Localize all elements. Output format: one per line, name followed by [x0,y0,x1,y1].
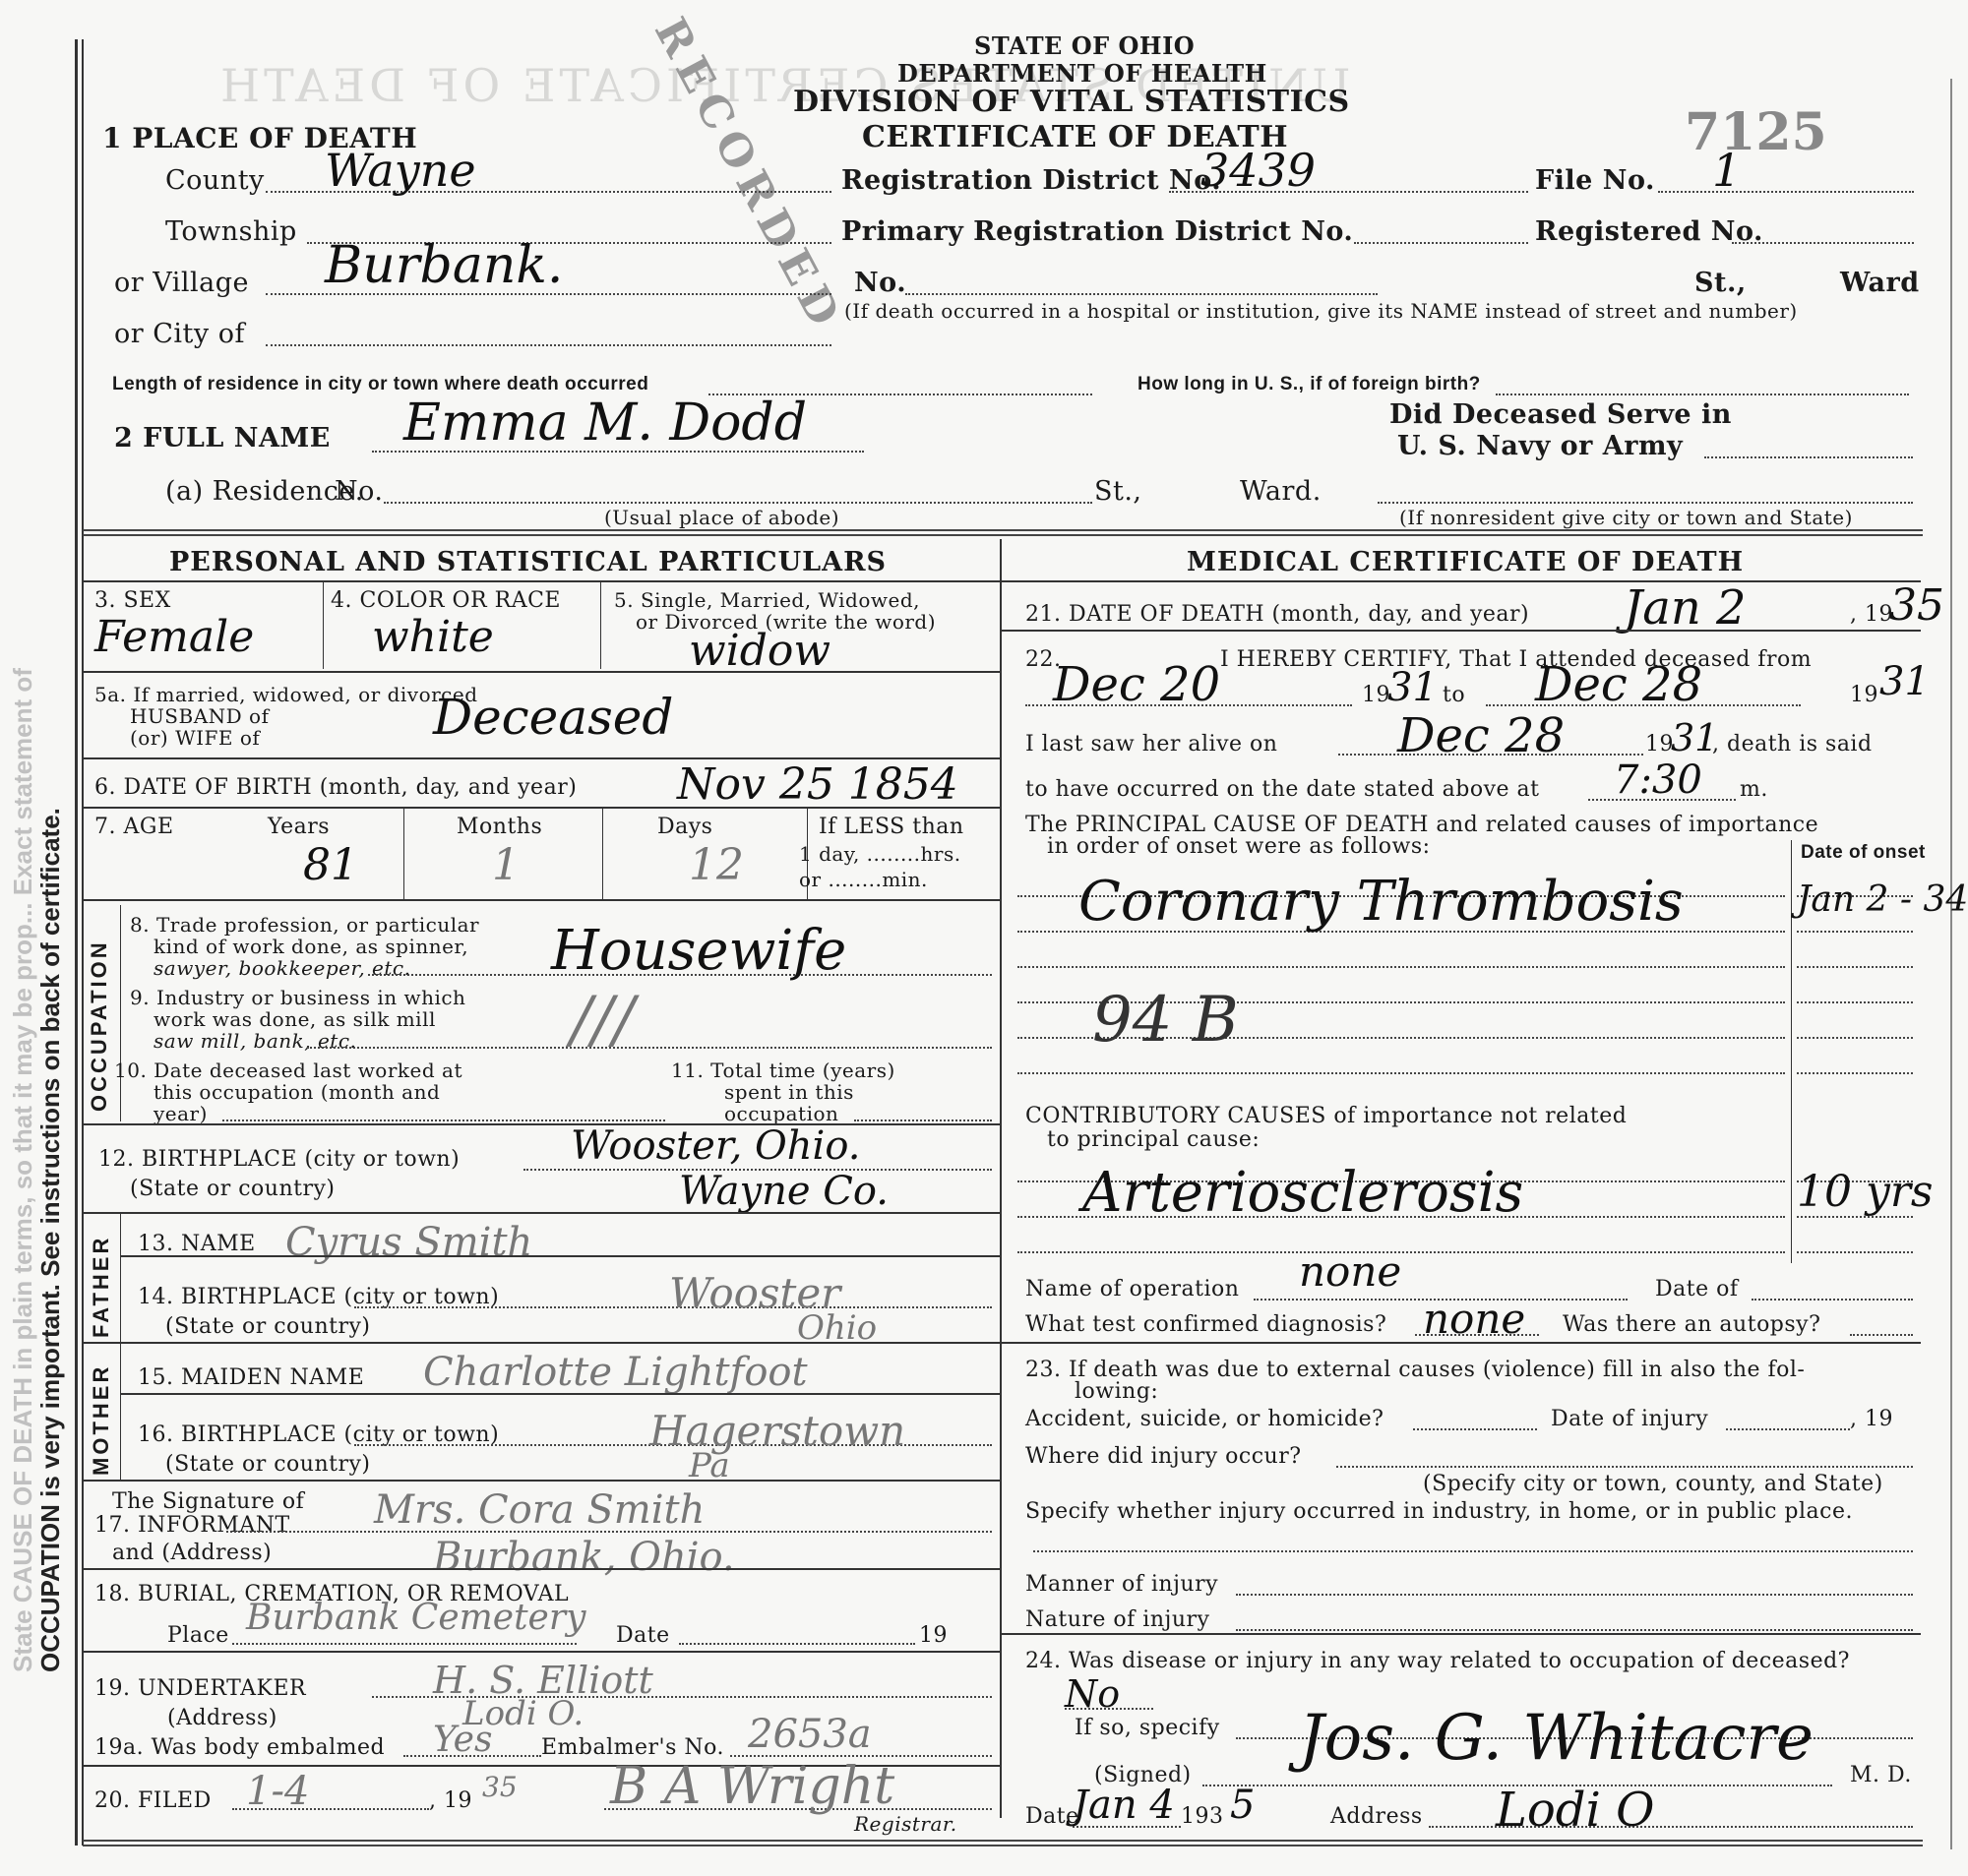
attended-to-year-prefix: 19 [1850,683,1878,707]
county-label: County [165,165,265,196]
hospital-note: (If death occurred in a hospital or inst… [844,299,1798,323]
father-name-value[interactable]: Cyrus Smith [285,1220,532,1265]
military-label-1: Did Deceased Serve in [1389,399,1732,430]
cause-line-6 [1017,1072,1785,1074]
divider [83,671,1000,673]
birthplace-label: 12. BIRTHPLACE (city or town) [98,1147,460,1172]
specify-place-line [1033,1550,1913,1552]
occurred-label: to have occurred on the date stated abov… [1025,777,1540,802]
time-value[interactable]: 7:30 [1614,757,1702,803]
informant-label-2: 17. INFORMANT [94,1513,290,1538]
full-name-label: 2 FULL NAME [114,423,331,454]
bottom-border [83,1840,1923,1846]
residence-st-label: St., [1094,476,1142,507]
header-state: STATE OF OHIO [974,31,1195,60]
mother-state-label: (State or country) [165,1452,371,1477]
sign-date-value[interactable]: Jan 4 [1073,1783,1175,1828]
address-label: Address [1330,1804,1423,1829]
months-value[interactable]: 1 [492,840,520,890]
contributory-onset-line-3 [1797,1251,1913,1253]
divider [83,1480,1000,1482]
header-department: DEPARTMENT OF HEALTH [897,59,1267,88]
external-label-2: lowing: [1075,1379,1158,1404]
county-value[interactable]: Wayne [325,144,476,197]
street-line [905,293,1378,295]
embalmed-value[interactable]: Yes [433,1720,492,1760]
primary-reg-label: Primary Registration District No. [841,216,1353,247]
dob-label: 6. DATE OF BIRTH (month, day, and year) [94,775,577,800]
registrar-signature[interactable]: B A Wright [610,1757,894,1816]
occupation-side-label: OCCUPATION [87,939,112,1112]
operation-date-label: Date of [1655,1277,1739,1301]
left-border-inner [82,39,84,1846]
last-saw-year-prefix: 19 [1645,732,1674,756]
attended-from-value[interactable]: Dec 20 [1053,657,1220,712]
operation-value[interactable]: none [1299,1247,1401,1296]
foreign-birth-line [1496,393,1909,395]
years-label: Years [268,815,330,839]
divider [83,1568,1000,1570]
divider [120,905,121,1121]
birthplace-city-value[interactable]: Wooster, Ohio. [571,1123,860,1169]
divider [1002,1342,1921,1344]
place-line [232,1643,577,1645]
less-label-1: If LESS than [819,815,964,839]
filed-value[interactable]: 1-4 [246,1769,309,1814]
less-label-3: or ........min. [799,868,928,891]
divider [120,1344,121,1480]
informant-label-3: and (Address) [112,1541,272,1565]
residence-ward-label: Ward. [1240,476,1322,507]
marital-label-1: 5. Single, Married, Widowed, [614,588,920,612]
trade-value[interactable]: Housewife [551,919,846,983]
left-border [75,39,78,1846]
divider [1002,630,1921,632]
medical-section-title: MEDICAL CERTIFICATE OF DEATH [1187,547,1744,577]
embalmed-label: 19a. Was body embalmed [94,1735,385,1760]
file-no-label: File No. [1535,165,1655,196]
file-no-value[interactable]: 1 [1712,144,1741,197]
specify-place-label: Specify whether injury occurred in indus… [1025,1499,1853,1524]
divider [1002,1633,1921,1635]
months-label: Months [457,815,542,839]
informant-address[interactable]: Burbank, Ohio. [433,1535,735,1580]
nature-label: Nature of injury [1025,1607,1209,1632]
reg-district-label: Registration District No. [841,165,1221,196]
father-state-label: (State or country) [165,1314,371,1339]
city-line [266,344,831,346]
attended-to-value[interactable]: Dec 28 [1535,657,1702,712]
death-said-label: , death is said [1712,732,1873,756]
cause-line-3 [1017,966,1785,968]
md-label: M. D. [1850,1763,1912,1787]
sign-year-prefix: 193 [1181,1804,1224,1829]
divider [600,582,601,669]
place-label: Place [167,1623,229,1648]
onset-line-3 [1797,966,1913,968]
physician-signature[interactable]: Jos. G. Whitacre [1299,1702,1814,1775]
total-time-label-3: occupation [724,1102,838,1125]
place-value[interactable]: Burbank Cemetery [246,1598,585,1638]
header-division: DIVISION OF VITAL STATISTICS [793,85,1350,119]
spouse-label-2: HUSBAND of [130,704,269,728]
address-value[interactable]: Lodi O [1496,1783,1654,1838]
ward-label: Ward [1840,268,1920,298]
principal-cause-value[interactable]: Coronary Thrombosis [1078,870,1684,934]
dod-value[interactable]: Jan 2 [1624,580,1747,635]
right-edge [1950,79,1952,1849]
injury-year-label: , 19 [1850,1407,1893,1431]
autopsy-label: Was there an autopsy? [1563,1312,1820,1337]
attended-to-year[interactable]: 31 [1879,659,1930,704]
military-label-2: U. S. Navy or Army [1397,431,1683,461]
principal-onset-value[interactable]: Jan 2 - 34 [1797,879,1968,920]
injury-date-label: Date of injury [1551,1407,1708,1431]
manner-label: Manner of injury [1025,1572,1218,1597]
divider [1002,580,1921,582]
village-label: or Village [114,268,249,298]
serial-number: 7125 [1685,102,1827,162]
industry-label-1: 9. Industry or business in which [130,986,465,1009]
operation-date-line [1752,1299,1913,1301]
marital-value[interactable]: widow [689,626,830,676]
reg-district-value[interactable]: 3439 [1200,144,1316,197]
city-label: or City of [114,319,245,349]
file-no-line [1658,191,1914,193]
last-saw-value[interactable]: Dec 28 [1397,708,1565,763]
principal-label-2: in order of onset were as follows: [1047,834,1431,859]
contributory-onset-value[interactable]: 10 yrs [1797,1167,1933,1217]
father-side-label: FATHER [89,1236,114,1338]
divider [83,580,1000,582]
margin-cause-instruction: State CAUSE OF DEATH in plain terms, so … [8,668,38,1672]
date-onset-label: Date of onset [1801,842,1926,864]
divider [602,809,603,899]
mother-name-value[interactable]: Charlotte Lightfoot [423,1350,808,1395]
total-time-label-2: spent in this [724,1080,854,1104]
divider [83,1212,1000,1214]
death-certificate: UNITED STATES CERTIFICATE OF DEATH RECOR… [0,0,1968,1876]
occupation-related-line [1065,1708,1153,1710]
margin-occupation-instruction: OCCUPATION is very important. See instru… [35,808,66,1672]
total-time-line [854,1120,992,1121]
last-worked-line [222,1120,665,1121]
sign-date-label: Date [1025,1804,1079,1829]
days-value[interactable]: 12 [689,840,744,890]
undertaker-address-label: (Address) [167,1706,277,1730]
onset-line-4 [1797,1001,1913,1003]
dod-year-value[interactable]: 35 [1889,580,1944,631]
divider [83,1123,1000,1125]
trade-label-3: sawyer, bookkeeper, etc. [154,956,410,980]
onset-line-5 [1797,1037,1913,1039]
spouse-label-3: (or) WIFE of [130,726,260,750]
total-time-label-1: 11. Total time (years) [671,1059,895,1082]
contributory-label-1: CONTRIBUTORY CAUSES of importance not re… [1025,1104,1627,1128]
embalmer-no-value[interactable]: 2653a [748,1712,872,1757]
trade-label-1: 8. Trade profession, or particular [130,913,479,937]
onset-line-6 [1797,1072,1913,1074]
sex-label: 3. SEX [94,588,171,613]
birthplace-state-value[interactable]: Wayne Co. [679,1169,889,1214]
burial-date-line [679,1643,915,1645]
residence-length-label: Length of residence in city or town wher… [112,374,648,395]
registrar-label: Registrar. [854,1812,957,1836]
divider [120,1393,1000,1395]
industry-value[interactable]: /// [571,984,635,1057]
onset-column-divider [1791,840,1792,1263]
residence-no-label: No. [335,476,384,507]
abode-note: (Usual place of abode) [604,506,839,529]
birthplace-state-label: (State or country) [130,1177,336,1201]
industry-label-2: work was done, as silk mill [154,1007,436,1031]
filed-year-value[interactable]: 35 [482,1771,518,1803]
divider [83,1651,1000,1653]
nonresident-note: (If nonresident give city or town and St… [1399,506,1853,529]
specify-city-note: (Specify city or town, county, and State… [1423,1472,1883,1496]
section-divider [83,529,1923,536]
divider [83,899,1000,901]
burial-date-label: Date [616,1623,670,1648]
years-value[interactable]: 81 [303,840,358,890]
military-line [1704,456,1913,458]
last-saw-label: I last saw her alive on [1025,732,1277,756]
occupation-related-label: 24. Was disease or injury in any way rel… [1025,1649,1850,1673]
less-label-2: 1 day, ........hrs. [799,842,961,866]
dob-value[interactable]: Nov 25 1854 [677,759,958,810]
contributory-value[interactable]: Arteriosclerosis [1082,1161,1523,1225]
registered-no-line [1732,242,1914,244]
village-value[interactable]: Burbank. [325,236,563,295]
registered-no-label: Registered No. [1535,216,1763,247]
sex-value[interactable]: Female [94,612,254,662]
m-label: m. [1740,777,1768,802]
street-no-label: No. [854,268,906,298]
attended-from-year[interactable]: 31 [1387,665,1438,710]
foreign-birth-label: How long in U. S., if of foreign birth? [1138,374,1481,395]
industry-label-3: saw mill, bank, etc. [154,1029,356,1053]
attended-from-year-prefix: 19 [1362,683,1390,707]
st-label: St., [1694,268,1747,298]
last-worked-label-1: 10. Date deceased last worked at [114,1059,462,1082]
to-label: to [1443,683,1465,707]
divider [120,1255,1000,1257]
nonresident-line [1378,502,1913,504]
last-worked-label-2: this occupation (month and [154,1080,440,1104]
certify-label: I HEREBY CERTIFY, That I attended deceas… [1220,647,1812,672]
accident-label: Accident, suicide, or homicide? [1025,1407,1384,1431]
if-so-label: If so, specify [1075,1716,1220,1740]
father-name-label: 13. NAME [138,1232,256,1256]
divider [83,1342,1000,1344]
last-worked-label-3: year) [154,1102,208,1125]
accident-line [1413,1428,1537,1430]
operation-label: Name of operation [1025,1277,1239,1301]
manner-line [1236,1594,1913,1596]
autopsy-line [1850,1334,1913,1336]
test-value[interactable]: none [1423,1295,1525,1343]
dod-year-prefix: , 19 [1850,602,1893,627]
onset-line-2 [1797,931,1913,933]
divider [83,807,1000,809]
race-value[interactable]: white [372,612,494,662]
spouse-value[interactable]: Deceased [433,689,673,746]
race-label: 4. COLOR OR RACE [331,588,561,613]
sign-year-value[interactable]: 5 [1230,1783,1255,1828]
cause-code-value[interactable]: 94 B [1092,984,1239,1057]
industry-line [307,1047,992,1049]
mother-name-label: 15. MAIDEN NAME [138,1365,364,1390]
spouse-label-1: 5a. If married, widowed, or divorced [94,683,478,706]
residence-line [384,502,1092,504]
divider [403,809,404,899]
injury-date-line [1726,1428,1850,1430]
where-injury-line [1336,1466,1913,1468]
mother-side-label: MOTHER [89,1364,114,1476]
age-label: 7. AGE [94,815,174,839]
undertaker-label: 19. UNDERTAKER [94,1676,306,1701]
days-label: Days [657,815,712,839]
filed-year-prefix: , 19 [429,1788,472,1813]
informant-label-1: The Signature of [112,1489,304,1514]
burial-year-prefix: 19 [919,1623,948,1648]
informant-value[interactable]: Mrs. Cora Smith [374,1487,705,1533]
column-divider [1000,539,1002,1818]
where-injury-label: Where did injury occur? [1025,1444,1302,1469]
township-label: Township [165,216,297,247]
test-label: What test confirmed diagnosis? [1025,1312,1386,1337]
divider [120,1214,121,1342]
personal-section-title: PERSONAL AND STATISTICAL PARTICULARS [169,547,887,577]
filed-label: 20. FILED [94,1788,212,1813]
contributory-label-2: to principal cause: [1047,1127,1260,1152]
dod-label: 21. DATE OF DEATH (month, day, and year) [1025,602,1529,627]
nature-line [1236,1629,1913,1631]
trade-label-2: kind of work done, as spinner, [154,935,468,958]
full-name-value[interactable]: Emma M. Dodd [403,393,807,453]
divider [323,582,324,669]
primary-reg-line [1354,242,1528,244]
